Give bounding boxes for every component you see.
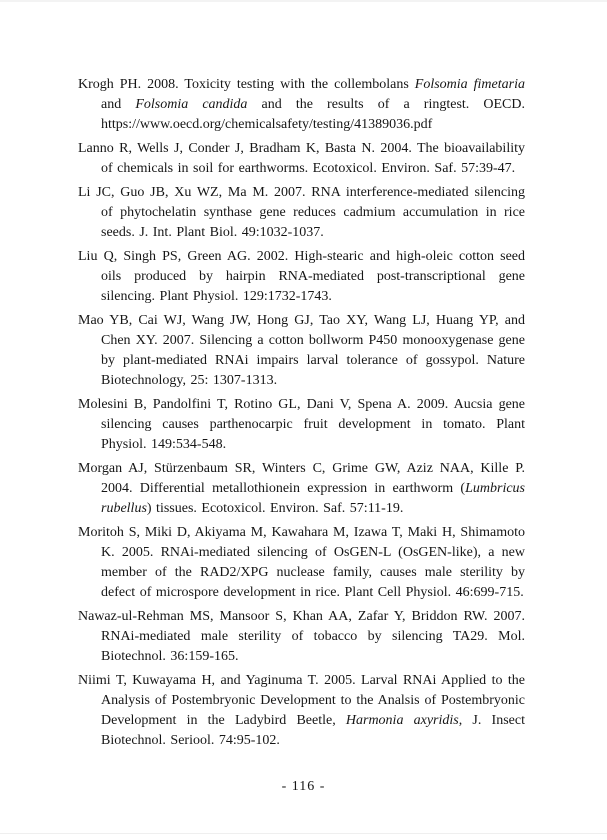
reference-text: and	[101, 97, 135, 112]
reference-item: Li JC, Guo JB, Xu WZ, Ma M. 2007. RNA in…	[78, 183, 525, 243]
reference-item: Nawaz-ul-Rehman MS, Mansoor S, Khan AA, …	[78, 607, 525, 667]
reference-text: Morgan AJ, Stürzenbaum SR, Winters C, Gr…	[78, 461, 525, 496]
reference-text: Mao YB, Cai WJ, Wang JW, Hong GJ, Tao XY…	[78, 313, 525, 388]
reference-item: Moritoh S, Miki D, Akiyama M, Kawahara M…	[78, 523, 525, 603]
reference-item: Krogh PH. 2008. Toxicity testing with th…	[78, 75, 525, 135]
scan-edge-artifact-bottom	[0, 833, 607, 834]
species-name-italic: Folsomia candida	[135, 97, 247, 112]
reference-text: Liu Q, Singh PS, Green AG. 2002. High-st…	[78, 249, 525, 304]
reference-text: Krogh PH. 2008. Toxicity testing with th…	[78, 77, 415, 92]
reference-item: Liu Q, Singh PS, Green AG. 2002. High-st…	[78, 247, 525, 307]
page-number: - 116 -	[0, 778, 607, 796]
reference-text: Moritoh S, Miki D, Akiyama M, Kawahara M…	[78, 525, 525, 600]
reference-text: Li JC, Guo JB, Xu WZ, Ma M. 2007. RNA in…	[78, 185, 525, 240]
references-list: Krogh PH. 2008. Toxicity testing with th…	[78, 75, 525, 755]
reference-item: Lanno R, Wells J, Conder J, Bradham K, B…	[78, 139, 525, 179]
species-name-italic: Folsomia fimetaria	[415, 77, 525, 92]
reference-text: Molesini B, Pandolfini T, Rotino GL, Dan…	[78, 397, 525, 452]
document-page: Krogh PH. 2008. Toxicity testing with th…	[0, 0, 607, 840]
reference-item: Molesini B, Pandolfini T, Rotino GL, Dan…	[78, 395, 525, 455]
reference-text: Lanno R, Wells J, Conder J, Bradham K, B…	[78, 141, 525, 176]
reference-item: Morgan AJ, Stürzenbaum SR, Winters C, Gr…	[78, 459, 525, 519]
reference-text: ) tissues. Ecotoxicol. Environ. Saf. 57:…	[147, 501, 403, 516]
reference-item: Niimi T, Kuwayama H, and Yaginuma T. 200…	[78, 671, 525, 751]
reference-item: Mao YB, Cai WJ, Wang JW, Hong GJ, Tao XY…	[78, 311, 525, 391]
reference-text: Nawaz-ul-Rehman MS, Mansoor S, Khan AA, …	[78, 609, 525, 664]
scan-edge-artifact-top	[0, 0, 607, 2]
species-name-italic: Harmonia axyridis	[346, 713, 459, 728]
